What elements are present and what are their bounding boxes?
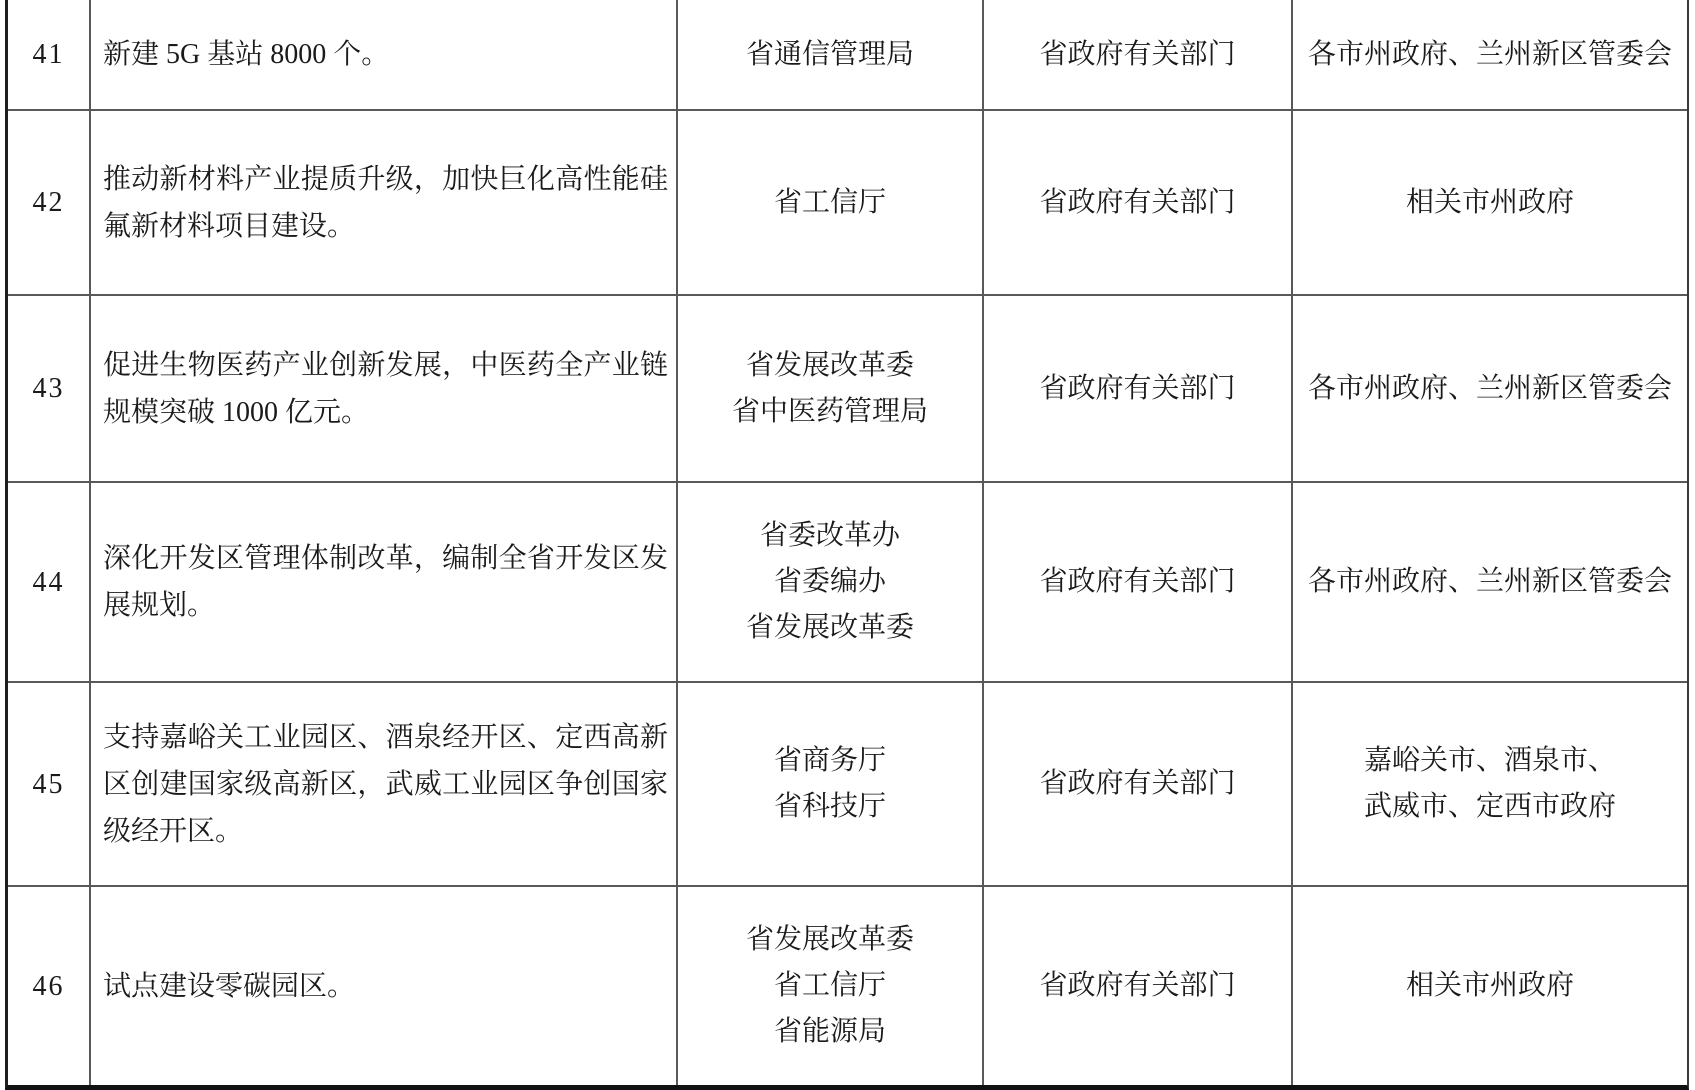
implementation-cell: 各市州政府、兰州新区管委会 [1293,483,1687,681]
responsible-dept-line: 省发展改革委 [746,605,914,651]
row-number: 42 [33,179,65,226]
row-number-cell: 44 [8,483,91,681]
responsible-dept-line: 省商务厅 [774,738,886,784]
row-number-cell: 46 [8,887,91,1085]
implementation-line: 各市州政府、兰州新区管委会 [1308,559,1672,605]
row-number: 45 [33,761,65,808]
task-text: 新建 5G 基站 8000 个。 [91,31,676,78]
responsible-dept-line: 省科技厅 [774,784,886,830]
task-text: 深化开发区管理体制改革，编制全省开发区发展规划。 [91,535,676,629]
row-number: 46 [33,963,65,1010]
responsible-dept-line: 省委编办 [774,559,886,605]
responsible-dept-line: 省委改革办 [760,513,900,559]
implementation-cell: 各市州政府、兰州新区管委会 [1293,0,1687,109]
task-text: 支持嘉峪关工业园区、酒泉经开区、定西高新区创建国家级高新区，武威工业园区争创国家… [91,714,676,855]
row-number: 43 [33,365,65,412]
row-number-cell: 41 [8,0,91,109]
related-dept-text: 省政府有关部门 [1039,366,1235,412]
implementation-cell: 各市州政府、兰州新区管委会 [1293,296,1687,481]
related-dept-text: 省政府有关部门 [1039,32,1235,78]
implementation-line: 相关市州政府 [1406,963,1574,1009]
table-row: 46 试点建设零碳园区。 省发展改革委省工信厅省能源局 省政府有关部门 相关市州… [8,885,1687,1085]
table-row: 41 新建 5G 基站 8000 个。 省通信管理局 省政府有关部门 各市州政府… [8,0,1687,109]
responsible-dept-cell: 省发展改革委省中医药管理局 [678,296,984,481]
responsible-dept-line: 省工信厅 [774,180,886,226]
responsible-dept-line: 省通信管理局 [746,32,914,78]
responsible-dept-cell: 省委改革办省委编办省发展改革委 [678,483,984,681]
task-cell: 推动新材料产业提质升级，加快巨化高性能硅氟新材料项目建设。 [91,111,678,294]
related-dept-text: 省政府有关部门 [1039,963,1235,1009]
implementation-line: 各市州政府、兰州新区管委会 [1308,32,1672,78]
related-dept-cell: 省政府有关部门 [984,887,1293,1085]
row-number-cell: 43 [8,296,91,481]
responsible-dept-cell: 省商务厅省科技厅 [678,683,984,885]
task-cell: 新建 5G 基站 8000 个。 [91,0,678,109]
responsible-dept-cell: 省发展改革委省工信厅省能源局 [678,887,984,1085]
implementation-line: 武威市、定西市政府 [1364,784,1616,830]
row-number-cell: 42 [8,111,91,294]
row-number-cell: 45 [8,683,91,885]
related-dept-text: 省政府有关部门 [1039,180,1235,226]
responsible-dept-line: 省工信厅 [774,963,886,1009]
related-dept-cell: 省政府有关部门 [984,296,1293,481]
responsible-dept-line: 省发展改革委 [746,917,914,963]
task-text: 促进生物医药产业创新发展，中医药全产业链规模突破 1000 亿元。 [91,342,676,436]
responsible-dept-cell: 省工信厅 [678,111,984,294]
related-dept-cell: 省政府有关部门 [984,111,1293,294]
implementation-line: 相关市州政府 [1406,180,1574,226]
task-text: 推动新材料产业提质升级，加快巨化高性能硅氟新材料项目建设。 [91,156,676,250]
related-dept-text: 省政府有关部门 [1039,559,1235,605]
related-dept-cell: 省政府有关部门 [984,683,1293,885]
task-text: 试点建设零碳园区。 [91,963,676,1010]
implementation-cell: 相关市州政府 [1293,111,1687,294]
task-cell: 支持嘉峪关工业园区、酒泉经开区、定西高新区创建国家级高新区，武威工业园区争创国家… [91,683,678,885]
related-dept-text: 省政府有关部门 [1039,761,1235,807]
implementation-cell: 嘉峪关市、酒泉市、武威市、定西市政府 [1293,683,1687,885]
task-cell: 促进生物医药产业创新发展，中医药全产业链规模突破 1000 亿元。 [91,296,678,481]
row-number: 41 [33,31,65,78]
table-row: 45 支持嘉峪关工业园区、酒泉经开区、定西高新区创建国家级高新区，武威工业园区争… [8,681,1687,885]
task-division-table: 41 新建 5G 基站 8000 个。 省通信管理局 省政府有关部门 各市州政府… [5,0,1689,1089]
table-row: 42 推动新材料产业提质升级，加快巨化高性能硅氟新材料项目建设。 省工信厅 省政… [8,109,1687,294]
table-row: 43 促进生物医药产业创新发展，中医药全产业链规模突破 1000 亿元。 省发展… [8,294,1687,481]
row-number: 44 [33,559,65,606]
related-dept-cell: 省政府有关部门 [984,0,1293,109]
responsible-dept-cell: 省通信管理局 [678,0,984,109]
implementation-cell: 相关市州政府 [1293,887,1687,1085]
responsible-dept-line: 省发展改革委 [746,343,914,389]
related-dept-cell: 省政府有关部门 [984,483,1293,681]
task-cell: 试点建设零碳园区。 [91,887,678,1085]
task-cell: 深化开发区管理体制改革，编制全省开发区发展规划。 [91,483,678,681]
table-row: 44 深化开发区管理体制改革，编制全省开发区发展规划。 省委改革办省委编办省发展… [8,481,1687,681]
implementation-line: 嘉峪关市、酒泉市、 [1364,738,1616,784]
responsible-dept-line: 省能源局 [774,1009,886,1055]
implementation-line: 各市州政府、兰州新区管委会 [1308,366,1672,412]
responsible-dept-line: 省中医药管理局 [732,389,928,435]
